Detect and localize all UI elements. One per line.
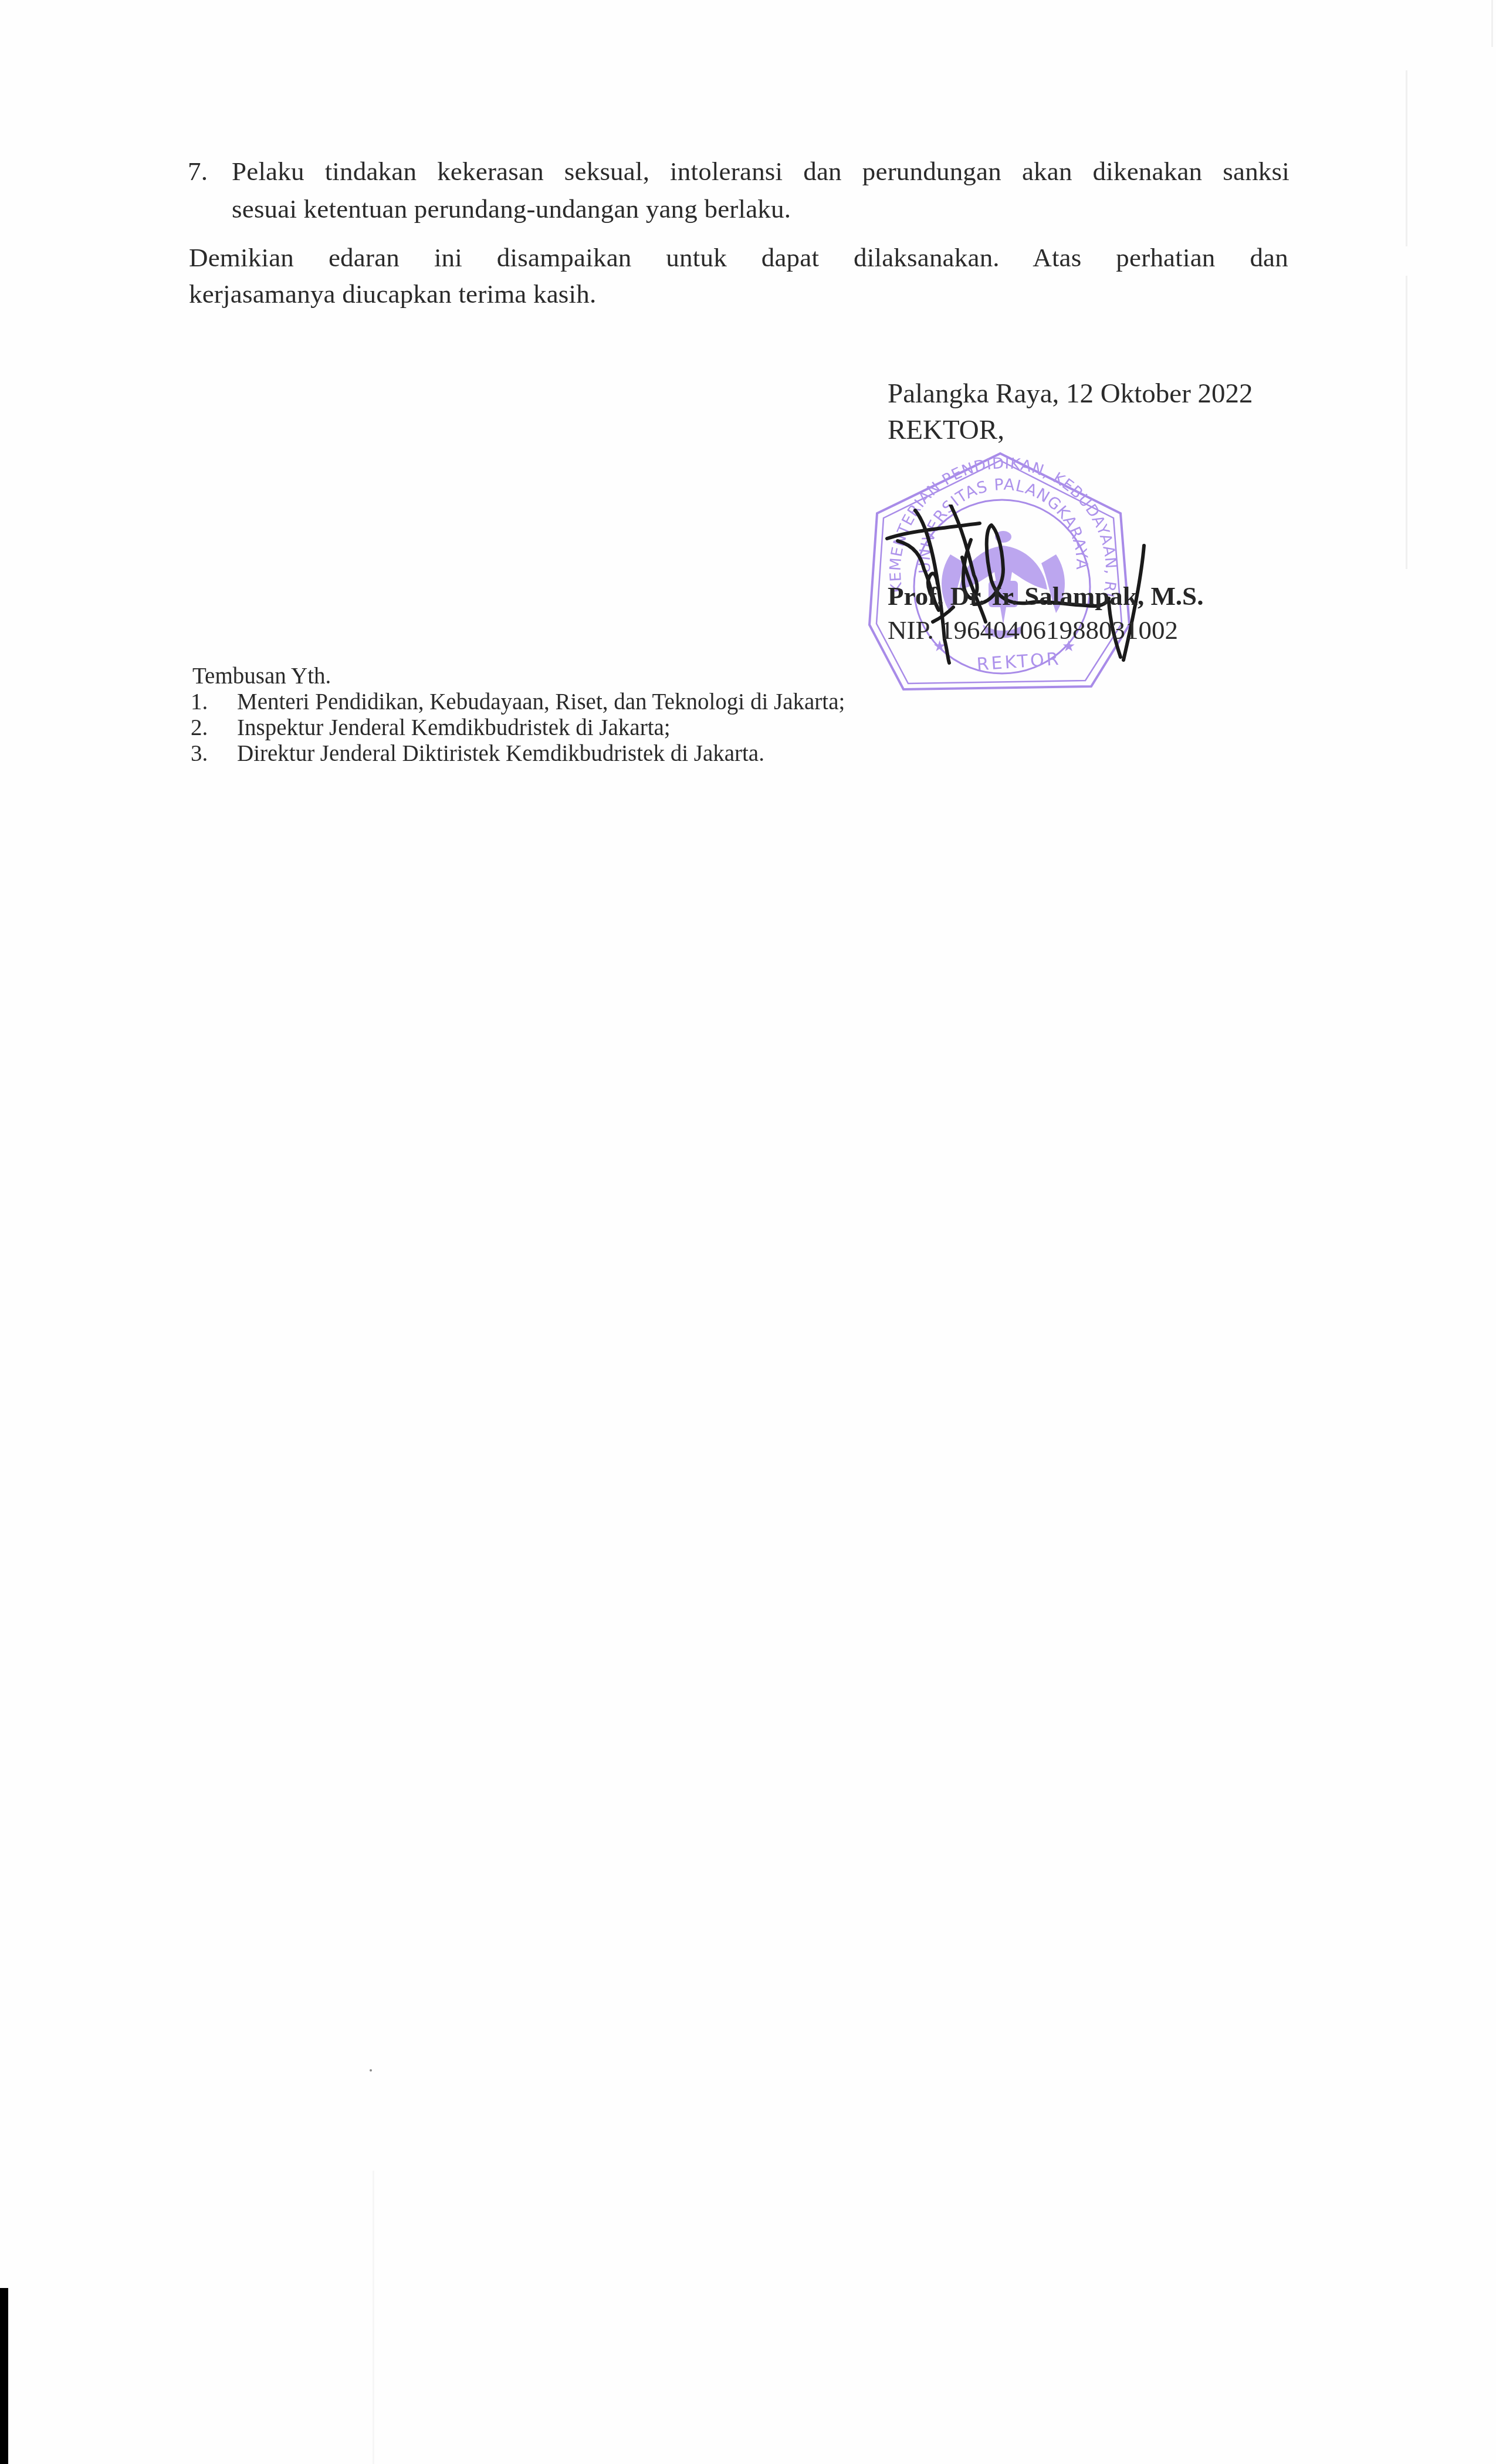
scan-artifact: [1406, 70, 1407, 246]
scan-artifact: [1491, 0, 1493, 47]
list-item-number: 7.: [188, 154, 232, 226]
list-item-7: 7. Pelaku tindakan kekerasan seksual, in…: [188, 154, 1289, 226]
carbon-copy-text: Menteri Pendidikan, Kebudayaan, Riset, d…: [237, 689, 845, 715]
closing-line: Demikian edaran ini disampaikan untuk da…: [189, 240, 1288, 275]
carbon-copy-number: 1.: [191, 689, 237, 715]
list-item-line: sesuai ketentuan perundang-undangan yang…: [232, 191, 1289, 226]
scanned-document-page: 7. Pelaku tindakan kekerasan seksual, in…: [0, 0, 1496, 2464]
scan-edge-bar: [0, 2288, 8, 2464]
signature-block: Palangka Raya, 12 Oktober 2022 REKTOR, P…: [888, 375, 1253, 448]
signatory-name: Prof. Dr. Ir. Salampak, M.S.: [888, 578, 1203, 614]
signatory-position: REKTOR,: [888, 412, 1253, 448]
closing-line: kerjasamanya diucapkan terima kasih.: [189, 276, 1288, 312]
carbon-copy-item: 2. Inspektur Jenderal Kemdikbudristek di…: [192, 715, 845, 741]
carbon-copy-item: 3. Direktur Jenderal Diktiristek Kemdikb…: [192, 741, 845, 767]
signatory-nip: NIP. 196404061988031002: [888, 612, 1178, 648]
carbon-copy-number: 3.: [191, 741, 237, 767]
carbon-copy-text: Inspektur Jenderal Kemdikbudristek di Ja…: [237, 715, 671, 741]
scan-artifact: [1406, 276, 1407, 569]
carbon-copy-item: 1. Menteri Pendidikan, Kebudayaan, Riset…: [192, 689, 845, 715]
list-item-line: Pelaku tindakan kekerasan seksual, intol…: [232, 154, 1289, 189]
carbon-copy-title: Tembusan Yth.: [192, 664, 845, 689]
carbon-copy-list: 1. Menteri Pendidikan, Kebudayaan, Riset…: [192, 689, 845, 767]
carbon-copy-section: Tembusan Yth. 1. Menteri Pendidikan, Keb…: [192, 664, 845, 767]
list-item-text: Pelaku tindakan kekerasan seksual, intol…: [232, 154, 1289, 226]
closing-paragraph: Demikian edaran ini disampaikan untuk da…: [189, 240, 1288, 312]
scan-artifact: [373, 2171, 374, 2464]
carbon-copy-text: Direktur Jenderal Diktiristek Kemdikbudr…: [237, 741, 764, 767]
place-date: Palangka Raya, 12 Oktober 2022: [888, 375, 1253, 412]
scan-speck: [370, 2069, 372, 2072]
carbon-copy-number: 2.: [191, 715, 237, 741]
